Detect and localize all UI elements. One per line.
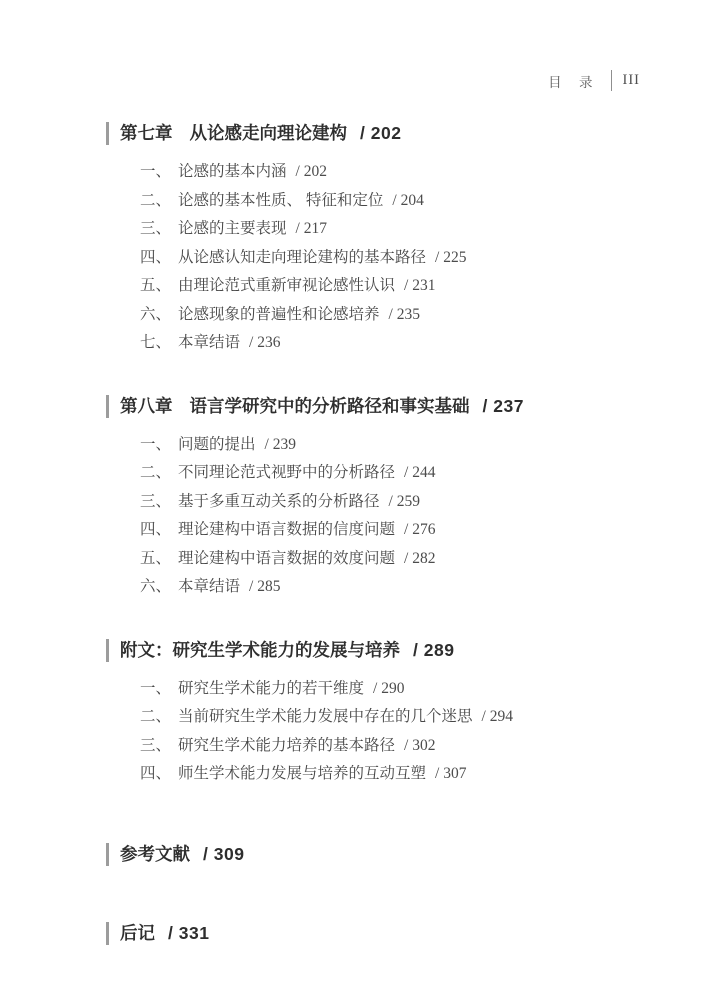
entry-number: 二、 <box>140 459 171 488</box>
heading-bar-icon <box>106 122 109 145</box>
entry-title: 本章结语 <box>178 573 240 602</box>
heading-bar-icon <box>106 843 109 866</box>
entry-page-number: / 239 <box>265 431 296 460</box>
heading-bar-icon <box>106 922 109 945</box>
entry-title: 不同理论范式视野中的分析路径 <box>178 459 395 488</box>
toc-entry: 六、本章结语/ 285 <box>106 573 651 602</box>
entry-title: 论感现象的普遍性和论感培养 <box>178 301 380 330</box>
entry-page-number: / 236 <box>249 329 280 358</box>
heading-page-number: / 237 <box>483 393 524 420</box>
entry-number: 五、 <box>140 545 171 574</box>
heading-bar-icon <box>106 639 109 662</box>
entry-page-number: / 259 <box>389 488 420 517</box>
toc-section: 第八章语言学研究中的分析路径和事实基础/ 237一、问题的提出/ 239二、不同… <box>106 393 651 602</box>
section-heading: 附文：研究生学术能力的发展与培养/ 289 <box>106 637 651 664</box>
entry-number: 三、 <box>140 488 171 517</box>
running-head: 目 录 III <box>548 70 640 91</box>
entry-number: 一、 <box>140 431 171 460</box>
toc-entry: 五、理论建构中语言数据的效度问题/ 282 <box>106 545 651 574</box>
entry-page-number: / 235 <box>389 301 420 330</box>
toc-section: 第七章从论感走向理论建构/ 202一、论感的基本内涵/ 202二、论感的基本性质… <box>106 120 651 358</box>
toc-entry: 六、论感现象的普遍性和论感培养/ 235 <box>106 301 651 330</box>
entry-page-number: / 302 <box>404 732 435 761</box>
entry-number: 二、 <box>140 703 171 732</box>
section-heading: 第八章语言学研究中的分析路径和事实基础/ 237 <box>106 393 651 420</box>
toc-entry: 四、从论感认知走向理论建构的基本路径/ 225 <box>106 244 651 273</box>
toc-section: 后记/ 331 <box>106 920 651 947</box>
running-head-title: 目 录 <box>548 71 599 91</box>
heading-label: 第七章 <box>120 120 173 147</box>
entry-title: 师生学术能力发展与培养的互动互塑 <box>178 760 426 789</box>
entry-page-number: / 217 <box>296 215 327 244</box>
section-items: 一、研究生学术能力的若干维度/ 290二、当前研究生学术能力发展中存在的几个迷思… <box>106 675 651 789</box>
heading-page-number: / 331 <box>168 920 209 947</box>
entry-title: 当前研究生学术能力发展中存在的几个迷思 <box>178 703 473 732</box>
entry-title: 论感的基本内涵 <box>178 158 287 187</box>
heading-page-number: / 289 <box>413 637 454 664</box>
entry-page-number: / 307 <box>435 760 466 789</box>
entry-number: 五、 <box>140 272 171 301</box>
entry-page-number: / 276 <box>404 516 435 545</box>
entry-title: 问题的提出 <box>178 431 256 460</box>
heading-title: 从论感走向理论建构 <box>190 120 348 147</box>
book-toc-page: 目 录 III 第七章从论感走向理论建构/ 202一、论感的基本内涵/ 202二… <box>0 0 706 990</box>
entry-number: 七、 <box>140 329 171 358</box>
entry-page-number: / 282 <box>404 545 435 574</box>
entry-page-number: / 202 <box>296 158 327 187</box>
section-heading: 第七章从论感走向理论建构/ 202 <box>106 120 651 147</box>
entry-number: 三、 <box>140 732 171 761</box>
section-items: 一、问题的提出/ 239二、不同理论范式视野中的分析路径/ 244三、基于多重互… <box>106 431 651 602</box>
entry-title: 理论建构中语言数据的效度问题 <box>178 545 395 574</box>
entry-title: 基于多重互动关系的分析路径 <box>178 488 380 517</box>
toc-entry: 三、论感的主要表现/ 217 <box>106 215 651 244</box>
toc-entry: 二、当前研究生学术能力发展中存在的几个迷思/ 294 <box>106 703 651 732</box>
toc-entry: 一、问题的提出/ 239 <box>106 431 651 460</box>
toc-entry: 五、由理论范式重新审视论感性认识/ 231 <box>106 272 651 301</box>
entry-number: 六、 <box>140 573 171 602</box>
heading-bar-icon <box>106 395 109 418</box>
entry-number: 一、 <box>140 675 171 704</box>
heading-label: 第八章 <box>120 393 173 420</box>
entry-number: 三、 <box>140 215 171 244</box>
entry-title: 从论感认知走向理论建构的基本路径 <box>178 244 426 273</box>
running-head-divider <box>611 70 612 91</box>
running-head-page-number: III <box>623 72 641 89</box>
entry-title: 理论建构中语言数据的信度问题 <box>178 516 395 545</box>
entry-number: 六、 <box>140 301 171 330</box>
heading-page-number: / 202 <box>360 120 401 147</box>
section-heading: 后记/ 331 <box>106 920 651 947</box>
entry-page-number: / 294 <box>482 703 513 732</box>
entry-title: 本章结语 <box>178 329 240 358</box>
entry-page-number: / 285 <box>249 573 280 602</box>
toc-entry: 三、基于多重互动关系的分析路径/ 259 <box>106 488 651 517</box>
entry-number: 二、 <box>140 187 171 216</box>
toc-content: 第七章从论感走向理论建构/ 202一、论感的基本内涵/ 202二、论感的基本性质… <box>106 120 651 947</box>
toc-entry: 三、研究生学术能力培养的基本路径/ 302 <box>106 732 651 761</box>
entry-title: 论感的主要表现 <box>178 215 287 244</box>
section-heading: 参考文献/ 309 <box>106 841 651 868</box>
entry-title: 研究生学术能力的若干维度 <box>178 675 364 704</box>
entry-title: 论感的基本性质、 特征和定位 <box>178 187 383 216</box>
entry-number: 一、 <box>140 158 171 187</box>
toc-entry: 四、师生学术能力发展与培养的互动互塑/ 307 <box>106 760 651 789</box>
heading-label: 后记 <box>120 920 155 947</box>
toc-entry: 七、本章结语/ 236 <box>106 329 651 358</box>
heading-page-number: / 309 <box>203 841 244 868</box>
toc-entry: 四、理论建构中语言数据的信度问题/ 276 <box>106 516 651 545</box>
toc-section: 附文：研究生学术能力的发展与培养/ 289一、研究生学术能力的若干维度/ 290… <box>106 637 651 789</box>
entry-page-number: / 231 <box>404 272 435 301</box>
entry-title: 由理论范式重新审视论感性认识 <box>178 272 395 301</box>
heading-label: 附文：研究生学术能力的发展与培养 <box>120 637 400 664</box>
entry-number: 四、 <box>140 516 171 545</box>
toc-entry: 一、研究生学术能力的若干维度/ 290 <box>106 675 651 704</box>
entry-page-number: / 290 <box>373 675 404 704</box>
entry-page-number: / 244 <box>404 459 435 488</box>
entry-page-number: / 225 <box>435 244 466 273</box>
heading-title: 语言学研究中的分析路径和事实基础 <box>190 393 470 420</box>
toc-entry: 一、论感的基本内涵/ 202 <box>106 158 651 187</box>
entry-number: 四、 <box>140 760 171 789</box>
toc-entry: 二、论感的基本性质、 特征和定位/ 204 <box>106 187 651 216</box>
section-items: 一、论感的基本内涵/ 202二、论感的基本性质、 特征和定位/ 204三、论感的… <box>106 158 651 358</box>
heading-label: 参考文献 <box>120 841 190 868</box>
entry-number: 四、 <box>140 244 171 273</box>
entry-title: 研究生学术能力培养的基本路径 <box>178 732 395 761</box>
toc-section: 参考文献/ 309 <box>106 841 651 868</box>
toc-entry: 二、不同理论范式视野中的分析路径/ 244 <box>106 459 651 488</box>
entry-page-number: / 204 <box>392 187 423 216</box>
